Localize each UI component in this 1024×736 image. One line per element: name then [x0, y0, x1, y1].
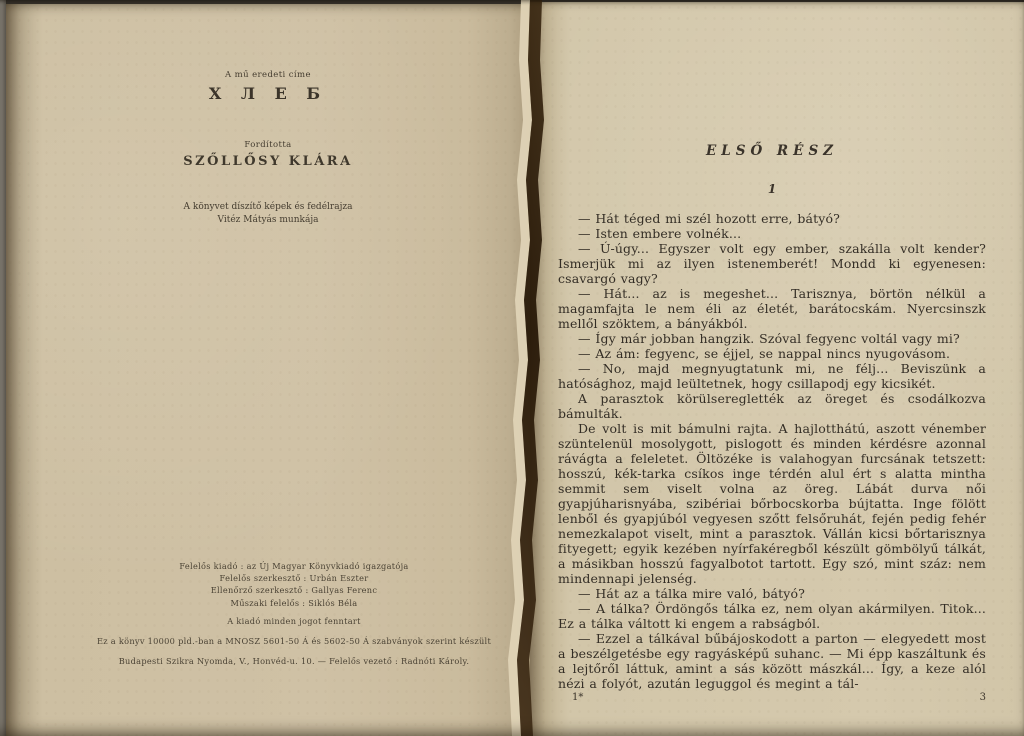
- colophon-line: Műszaki felelős : Siklós Béla: [58, 597, 530, 609]
- original-title-label: A mű eredeti címe: [6, 70, 530, 80]
- paragraph: — A tálka? Ördöngős tálka ez, nem olyan …: [558, 601, 986, 631]
- colophon-block: Felelős kiadó : az Új Magyar Könyvkiadó …: [6, 560, 530, 667]
- rights-notice: A kiadó minden jogot fenntart: [58, 615, 530, 627]
- left-page: A mű eredeti címe Х Л Е Б Fordította SZŐ…: [6, 4, 530, 736]
- chapter-number: 1: [558, 182, 986, 196]
- paragraph: — Hát... az is megeshet... Tarisznya, bö…: [558, 286, 986, 331]
- part-title: ELSŐ RÉSZ: [558, 143, 986, 159]
- printer-notice: Budapesti Szikra Nyomda, V., Honvéd-u. 1…: [58, 655, 530, 667]
- paragraph: — Ezzel a tálkával bűbájoskodott a parto…: [558, 631, 986, 691]
- book-spread-scan: A mű eredeti címe Х Л Е Б Fordította SZŐ…: [0, 0, 1024, 736]
- paragraph: — Ú-úgy... Egyszer volt egy ember, szaká…: [558, 241, 986, 286]
- paragraph: — Az ám: fegyenc, se éjjel, se nappal ni…: [558, 346, 986, 361]
- paragraph: — Hát téged mi szél hozott erre, bátyó?: [558, 211, 986, 226]
- colophon-lines: Felelős kiadó : az Új Magyar Könyvkiadó …: [58, 560, 530, 609]
- paragraph: De volt is mit bámulni rajta. A hajlotth…: [558, 421, 986, 586]
- translator-name: SZŐLLŐSY KLÁRA: [6, 154, 530, 169]
- original-title: Х Л Е Б: [6, 84, 530, 103]
- colophon-line: Felelős szerkesztő : Urbán Eszter: [58, 572, 530, 584]
- right-page: ELSŐ RÉSZ 1 — Hát téged mi szél hozott e…: [530, 2, 1024, 736]
- page-footer: 1* 3: [558, 692, 986, 703]
- paragraph: — Hát az a tálka mire való, bátyó?: [558, 586, 986, 601]
- body-text: — Hát téged mi szél hozott erre, bátyó?—…: [558, 211, 986, 691]
- translator-label: Fordította: [6, 140, 530, 150]
- paragraph: — Isten embere volnék...: [558, 226, 986, 241]
- page-number: 3: [980, 692, 986, 703]
- paragraph: — Így már jobban hangzik. Szóval fegyenc…: [558, 331, 986, 346]
- illustration-credit-line1: A könyvet díszítő képek és fedélrajza: [6, 202, 530, 212]
- paragraph: — No, majd megnyugtatunk mi, ne félj... …: [558, 361, 986, 391]
- illustration-credit-line2: Vitéz Mátyás munkája: [6, 215, 530, 225]
- edition-notice: Ez a könyv 10000 pld.-ban a MNOSZ 5601-5…: [58, 635, 530, 647]
- colophon-line: Felelős kiadó : az Új Magyar Könyvkiadó …: [58, 560, 530, 572]
- colophon-line: Ellenőrző szerkesztő : Gallyas Ferenc: [58, 584, 530, 596]
- gutter-torn-edge: [488, 0, 560, 736]
- paragraph: A parasztok körülsereglették az öreget é…: [558, 391, 986, 421]
- signature-mark: 1*: [558, 692, 583, 703]
